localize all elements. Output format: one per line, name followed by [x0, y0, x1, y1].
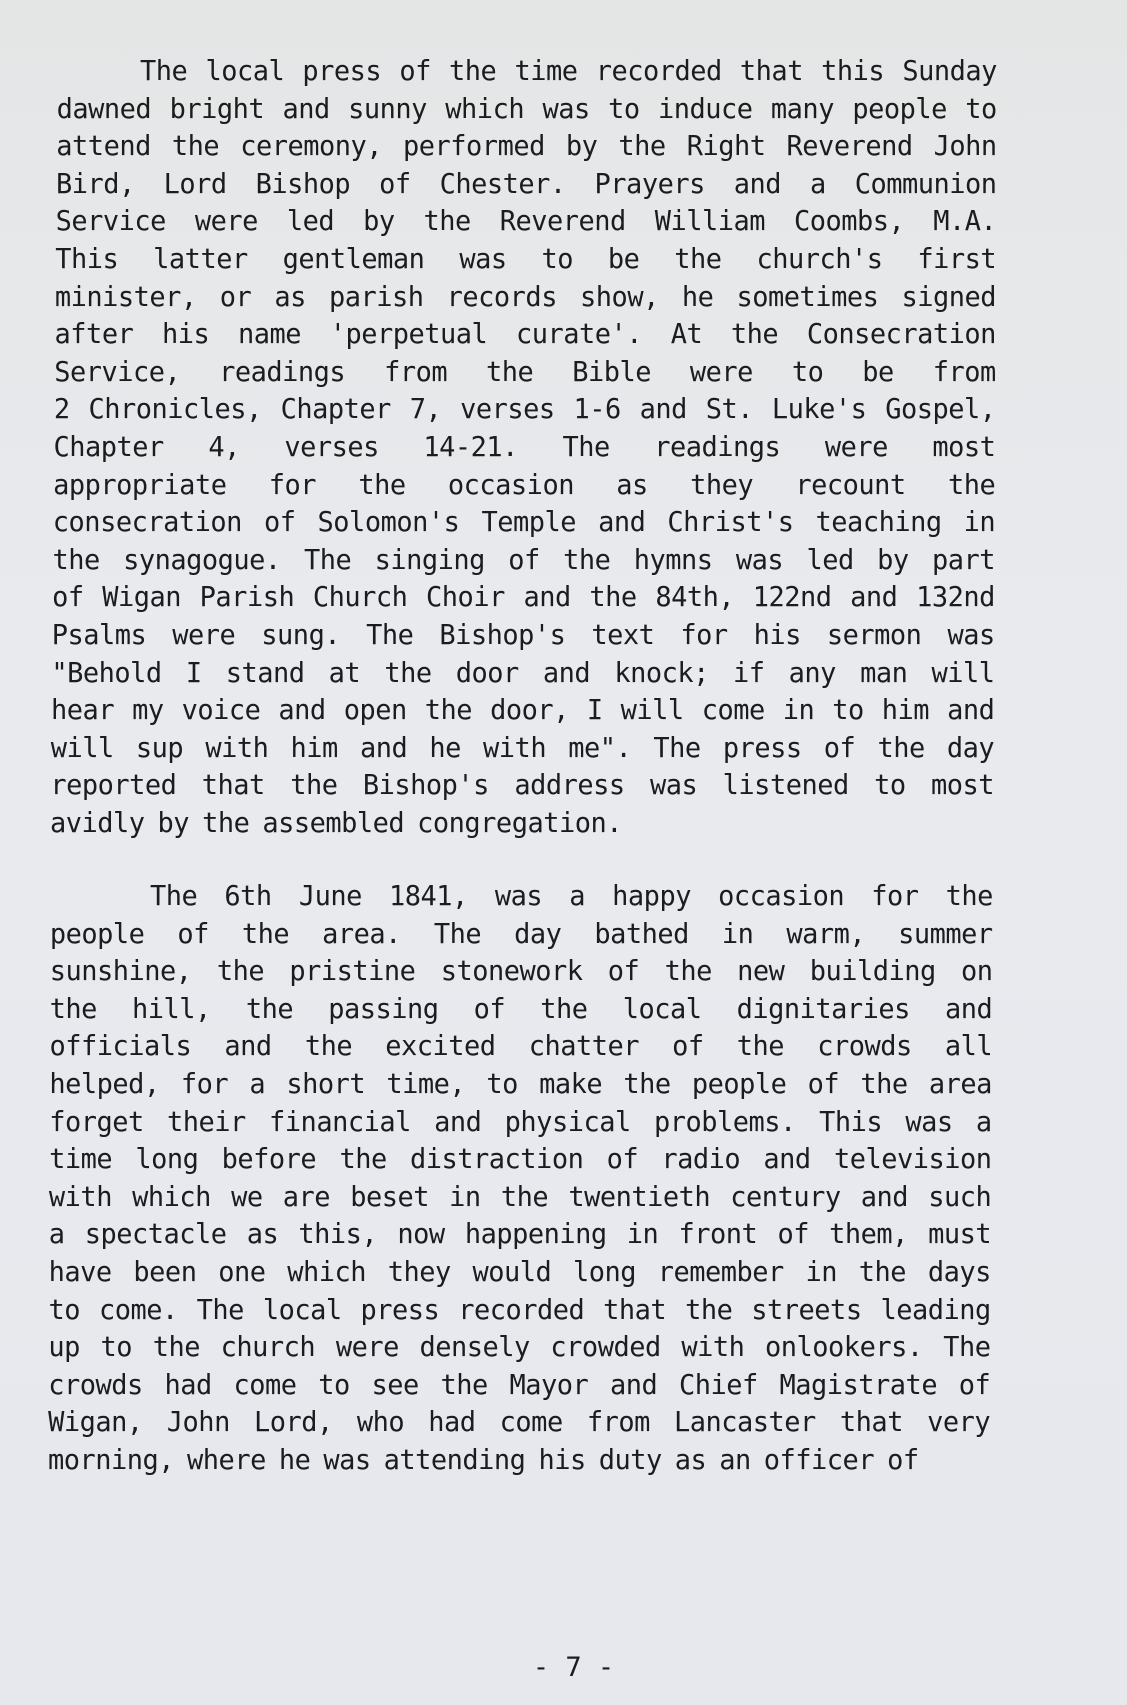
word: the: [540, 989, 587, 1030]
word: sung.: [261, 616, 340, 657]
word: if: [733, 653, 765, 694]
word: the: [425, 691, 472, 732]
word: and: [945, 989, 992, 1030]
word: in: [964, 503, 996, 544]
word: latter: [153, 240, 248, 281]
word: excited: [385, 1027, 495, 1068]
word: officials: [49, 1027, 191, 1068]
word: at: [329, 653, 361, 694]
text-line: consecrationofSolomon'sTempleandChrist's…: [53, 503, 995, 544]
text-line: tocome.Thelocalpressrecordedthatthestree…: [49, 1290, 991, 1331]
word: recorded: [458, 1290, 584, 1331]
text-line: The6thJune1841,wasahappyoccasionforthe: [150, 877, 993, 918]
word: with: [681, 1328, 744, 1369]
word: to: [874, 766, 906, 807]
word: crowds: [48, 1365, 143, 1406]
word: M.A.: [933, 202, 996, 243]
word: and: [278, 691, 325, 732]
word: This: [55, 240, 118, 281]
word: bathed: [594, 914, 689, 955]
word: William: [655, 202, 765, 243]
word: densely: [419, 1328, 529, 1369]
word: The: [197, 1290, 244, 1331]
word: Parish: [200, 578, 295, 619]
word: Chester.: [440, 164, 566, 205]
word: Reverend: [500, 202, 626, 243]
word: sup: [136, 728, 183, 769]
page-number: - 7 -: [0, 1648, 1127, 1688]
word: which: [132, 1177, 211, 1218]
word: avidly: [50, 804, 145, 845]
word: Chapter: [281, 390, 391, 431]
word: stand: [226, 653, 305, 694]
word: June: [299, 877, 362, 918]
word: come: [234, 1365, 297, 1406]
word: the: [486, 352, 533, 393]
text-line: ThelocalpressofthetimerecordedthatthisSu…: [140, 52, 997, 93]
word: the: [589, 578, 636, 619]
word: Coombs,: [794, 202, 904, 243]
word: attend: [56, 127, 151, 168]
word: Wigan: [102, 578, 181, 619]
word: led: [806, 540, 853, 581]
word: helped,: [49, 1065, 159, 1106]
word: 'perpetual: [330, 315, 488, 356]
text-line: forgettheirfinancialandphysicalproblems.…: [49, 1102, 992, 1143]
word: 4,: [208, 428, 240, 469]
word: Luke's: [772, 390, 867, 431]
word: we: [231, 1177, 263, 1218]
word: the: [737, 1027, 784, 1068]
word: were: [195, 202, 258, 243]
word: time: [515, 52, 578, 93]
word: many: [771, 89, 834, 130]
text-line: peopleofthearea.Thedaybathedinwarm,summe…: [50, 914, 993, 955]
word: attending: [384, 1441, 526, 1482]
word: Psalms: [52, 616, 147, 657]
word: long: [135, 1140, 198, 1181]
word: to: [965, 89, 997, 130]
word: of: [808, 1065, 840, 1106]
word: the: [424, 202, 471, 243]
word: was: [905, 1102, 952, 1143]
word: Consecration: [807, 315, 996, 356]
word: century: [730, 1177, 840, 1218]
word: Right: [687, 127, 766, 168]
word: up: [48, 1328, 80, 1369]
word: The: [653, 728, 700, 769]
word: crowds: [817, 1027, 912, 1068]
word: in: [783, 691, 815, 732]
word: for: [181, 1065, 228, 1106]
text-line: ServicewereledbytheReverendWilliamCoombs…: [56, 202, 997, 243]
word: and: [360, 728, 407, 769]
word: have: [49, 1253, 112, 1294]
word: The: [304, 540, 351, 581]
word: happy: [612, 877, 691, 918]
word: reported: [50, 766, 176, 807]
word: the: [618, 127, 665, 168]
word: Bird,: [56, 164, 135, 205]
text-line: Thislattergentlemanwastobethechurch'sfir…: [55, 240, 996, 281]
word: would: [472, 1253, 551, 1294]
word: parish: [329, 277, 424, 318]
word: the: [172, 127, 219, 168]
word: warm,: [786, 914, 865, 955]
word: distraction: [410, 1140, 583, 1181]
word: 2: [54, 390, 70, 431]
word: the: [305, 1027, 352, 1068]
word: part: [932, 540, 995, 581]
word: was: [542, 89, 589, 130]
word: time,: [386, 1065, 465, 1106]
word: the: [153, 1328, 200, 1369]
word: Bishop's: [363, 766, 489, 807]
word: with: [205, 728, 268, 769]
word: come.: [99, 1290, 178, 1331]
word: Wigan,: [48, 1403, 143, 1444]
word: 7,: [410, 390, 442, 431]
word: by: [158, 804, 190, 845]
word: and: [598, 503, 645, 544]
word: that: [740, 52, 803, 93]
word: was: [736, 540, 783, 581]
word: are: [283, 1177, 330, 1218]
word: day: [514, 914, 561, 955]
word: day: [947, 728, 994, 769]
word: Reverend: [787, 127, 913, 168]
word: and: [523, 578, 570, 619]
word: to: [541, 240, 573, 281]
word: of: [177, 914, 209, 955]
word: Solomon's: [318, 503, 460, 544]
text-line: Chapter4,verses14-21.Thereadingsweremost: [54, 428, 996, 469]
word: John: [934, 127, 997, 168]
word: of: [887, 1441, 919, 1482]
word: The: [150, 877, 197, 918]
word: sunshine,: [50, 952, 192, 993]
word: led: [287, 202, 334, 243]
word: remember: [658, 1253, 784, 1294]
word: long: [573, 1253, 636, 1294]
word: readings: [654, 428, 780, 469]
word: stonework: [441, 952, 583, 993]
word: front: [678, 1215, 757, 1256]
word: problems.: [654, 1102, 796, 1143]
word: people: [852, 89, 947, 130]
word: John: [167, 1403, 230, 1444]
word: see: [372, 1365, 419, 1406]
word: area: [929, 1065, 992, 1106]
word: Sunday: [902, 52, 997, 93]
word: congregation.: [417, 804, 622, 845]
word: as: [616, 465, 648, 506]
word: as: [247, 1215, 279, 1256]
text-line: sunshine,thepristinestoneworkofthenewbui…: [50, 952, 993, 993]
word: the: [860, 1065, 907, 1106]
word: curate'.: [516, 315, 642, 356]
text-line: Service,readingsfromtheBibleweretobefrom: [54, 352, 996, 393]
word: crowded: [550, 1328, 660, 1369]
word: such: [928, 1177, 991, 1218]
word: local: [205, 52, 284, 93]
word: was: [495, 877, 542, 918]
word: had: [428, 1403, 475, 1444]
word: of: [52, 578, 84, 619]
word: of: [379, 164, 411, 205]
word: 1-6: [574, 390, 621, 431]
word: to: [486, 1065, 518, 1106]
word: and: [640, 390, 687, 431]
word: new: [737, 952, 784, 993]
word: twentieth: [568, 1177, 710, 1218]
text-line: crowdshadcometoseetheMayorandChiefMagist…: [48, 1365, 990, 1406]
word: my: [132, 691, 164, 732]
word: Church: [313, 578, 408, 619]
word: to: [101, 1328, 133, 1369]
word: which: [287, 1253, 366, 1294]
word: singing: [375, 540, 485, 581]
word: a: [810, 164, 826, 205]
word: this,: [298, 1215, 377, 1256]
word: press: [361, 1290, 440, 1331]
word: The: [366, 616, 413, 657]
word: now: [397, 1215, 444, 1256]
word: by: [877, 540, 909, 581]
word: of: [959, 1365, 991, 1406]
word: Choir: [426, 578, 505, 619]
word: Service,: [54, 352, 180, 393]
word: verses: [284, 428, 379, 469]
word: 84th,: [655, 578, 734, 619]
word: be: [608, 240, 640, 281]
word: the: [665, 952, 712, 993]
word: 14-21.: [423, 428, 518, 469]
word: as: [675, 1441, 707, 1482]
word: his: [538, 1441, 585, 1482]
word: the: [623, 1065, 670, 1106]
word: a: [569, 877, 585, 918]
word: as: [274, 277, 306, 318]
word: time: [49, 1140, 112, 1181]
word: man: [860, 653, 907, 694]
word: The: [943, 1328, 990, 1369]
word: people: [692, 1065, 787, 1106]
word: was: [323, 1441, 370, 1482]
word: the: [441, 1365, 488, 1406]
word: by: [363, 202, 395, 243]
word: door,: [490, 691, 569, 732]
word: in: [449, 1177, 481, 1218]
word: that: [840, 1403, 903, 1444]
word: all: [945, 1027, 992, 1068]
word: 122nd: [753, 578, 832, 619]
word: come: [500, 1403, 563, 1444]
text-line: morning,wherehewasattendinghisdutyasanof…: [48, 1441, 990, 1482]
word: sermon: [827, 616, 922, 657]
word: with: [49, 1177, 112, 1218]
word: of: [824, 728, 856, 769]
word: of: [608, 952, 640, 993]
word: short: [286, 1065, 365, 1106]
word: which: [445, 89, 524, 130]
text-line: withwhichwearebesetinthetwentiethcentury…: [49, 1177, 991, 1218]
word: the: [242, 914, 289, 955]
word: The: [562, 428, 609, 469]
word: of: [399, 52, 431, 93]
word: radio: [661, 1140, 740, 1181]
word: forget: [49, 1102, 144, 1143]
word: streets: [751, 1290, 861, 1331]
word: the: [384, 653, 431, 694]
word: they: [388, 1253, 451, 1294]
word: sunny: [348, 89, 427, 130]
word: morning,: [48, 1441, 174, 1482]
word: people: [50, 914, 145, 955]
word: Gospel,: [885, 390, 995, 431]
word: Service: [56, 202, 166, 243]
text-line: ofWiganParishChurchChoirandthe84th,122nd…: [52, 578, 995, 619]
text-line: afterhisname'perpetualcurate'.AttheConse…: [55, 315, 996, 356]
word: name: [238, 315, 301, 356]
word: 1841,: [389, 877, 468, 918]
word: 6th: [224, 877, 271, 918]
word: days: [928, 1253, 991, 1294]
word: the: [877, 728, 924, 769]
word: to: [318, 1365, 350, 1406]
word: verses: [460, 390, 555, 431]
word: the: [685, 1290, 732, 1331]
word: in: [806, 1253, 838, 1294]
word: the: [50, 989, 97, 1030]
word: the: [339, 1140, 386, 1181]
word: The: [434, 914, 481, 955]
text-line: 2Chronicles,Chapter7,verses1-6andSt.Luke…: [54, 390, 996, 431]
word: financial: [269, 1102, 411, 1143]
word: recorded: [596, 52, 722, 93]
word: show,: [580, 277, 659, 318]
word: of: [264, 503, 296, 544]
word: signed: [901, 277, 996, 318]
word: the: [948, 465, 995, 506]
word: passing: [328, 989, 438, 1030]
text-line: dawnedbrightandsunnywhichwastoinducemany…: [57, 89, 997, 130]
text-line: Psalmsweresung.TheBishop'stextforhisserm…: [52, 616, 995, 657]
word: Magistrate: [780, 1365, 938, 1406]
word: by: [566, 127, 598, 168]
word: dawned: [57, 89, 152, 130]
word: Chronicles,: [88, 390, 261, 431]
word: I: [587, 691, 603, 732]
word: church's: [756, 240, 882, 281]
word: beset: [350, 1177, 429, 1218]
word: that: [603, 1290, 666, 1331]
word: this: [821, 52, 884, 93]
text-line: attendtheceremony,performedbytheRightRev…: [56, 127, 996, 168]
word: of: [508, 540, 540, 581]
word: minister,: [55, 277, 197, 318]
word: assembled: [262, 804, 404, 845]
word: were: [690, 352, 753, 393]
word: bright: [170, 89, 265, 130]
word: leading: [880, 1290, 990, 1331]
word: with: [483, 728, 546, 769]
word: for: [269, 465, 316, 506]
word: had: [165, 1365, 212, 1406]
word: hear: [51, 691, 114, 732]
word: that: [202, 766, 265, 807]
word: for: [680, 616, 727, 657]
word: the: [290, 766, 337, 807]
word: one: [218, 1253, 265, 1294]
word: Prayers: [595, 164, 705, 205]
document-page: ThelocalpressofthetimerecordedthatthisSu…: [0, 0, 1127, 1705]
word: readings: [219, 352, 345, 393]
word: performed: [403, 127, 545, 168]
word: spectacle: [85, 1215, 227, 1256]
word: knock;: [614, 653, 709, 694]
word: he: [682, 277, 714, 318]
word: church: [221, 1328, 316, 1369]
word: synagogue.: [123, 540, 281, 581]
text-line: reportedthattheBishop'saddresswaslistene…: [50, 766, 994, 807]
text-line: aspectacleasthis,nowhappeninginfrontofth…: [49, 1215, 991, 1256]
word: and: [850, 578, 897, 619]
text-line: uptothechurchweredenselycrowdedwithonloo…: [48, 1328, 990, 1369]
word: Bishop: [256, 164, 351, 205]
word: teaching: [816, 503, 942, 544]
word: they: [690, 465, 753, 506]
word: be: [862, 352, 894, 393]
word: first: [917, 240, 996, 281]
word: on: [961, 952, 993, 993]
word: building: [810, 952, 936, 993]
word: records: [447, 277, 557, 318]
word: make: [539, 1065, 602, 1106]
text-line: helped,forashorttime,tomakethepeopleofth…: [49, 1065, 992, 1106]
word: must: [928, 1215, 991, 1256]
text-line: Wigan,JohnLord,whohadcomefromLancasterth…: [48, 1403, 990, 1444]
word: their: [167, 1102, 246, 1143]
text-line: avidlybytheassembledcongregation.: [50, 804, 994, 845]
word: open: [344, 691, 407, 732]
word: any: [789, 653, 836, 694]
word: Temple: [481, 503, 576, 544]
word: and: [224, 1027, 271, 1068]
word: come: [702, 691, 765, 732]
word: television: [834, 1140, 992, 1181]
word: Lord: [164, 164, 227, 205]
word: and: [434, 1102, 481, 1143]
word: the: [202, 804, 249, 845]
word: I: [186, 653, 202, 694]
word: of: [607, 1140, 639, 1181]
word: of: [474, 989, 506, 1030]
word: "Behold: [51, 653, 161, 694]
word: who: [357, 1403, 404, 1444]
word: the: [52, 540, 99, 581]
text-line: minister,orasparishrecordsshow,hesometim…: [55, 277, 996, 318]
word: after: [55, 315, 134, 356]
word: in: [722, 914, 754, 955]
word: St.: [706, 390, 753, 431]
text-line: thehill,thepassingofthelocaldignitariesa…: [50, 989, 993, 1030]
word: the: [674, 240, 721, 281]
word: in: [627, 1215, 659, 1256]
text-line: officialsandtheexcitedchatterofthecrowds…: [49, 1027, 992, 1068]
word: door: [456, 653, 519, 694]
word: before: [222, 1140, 317, 1181]
